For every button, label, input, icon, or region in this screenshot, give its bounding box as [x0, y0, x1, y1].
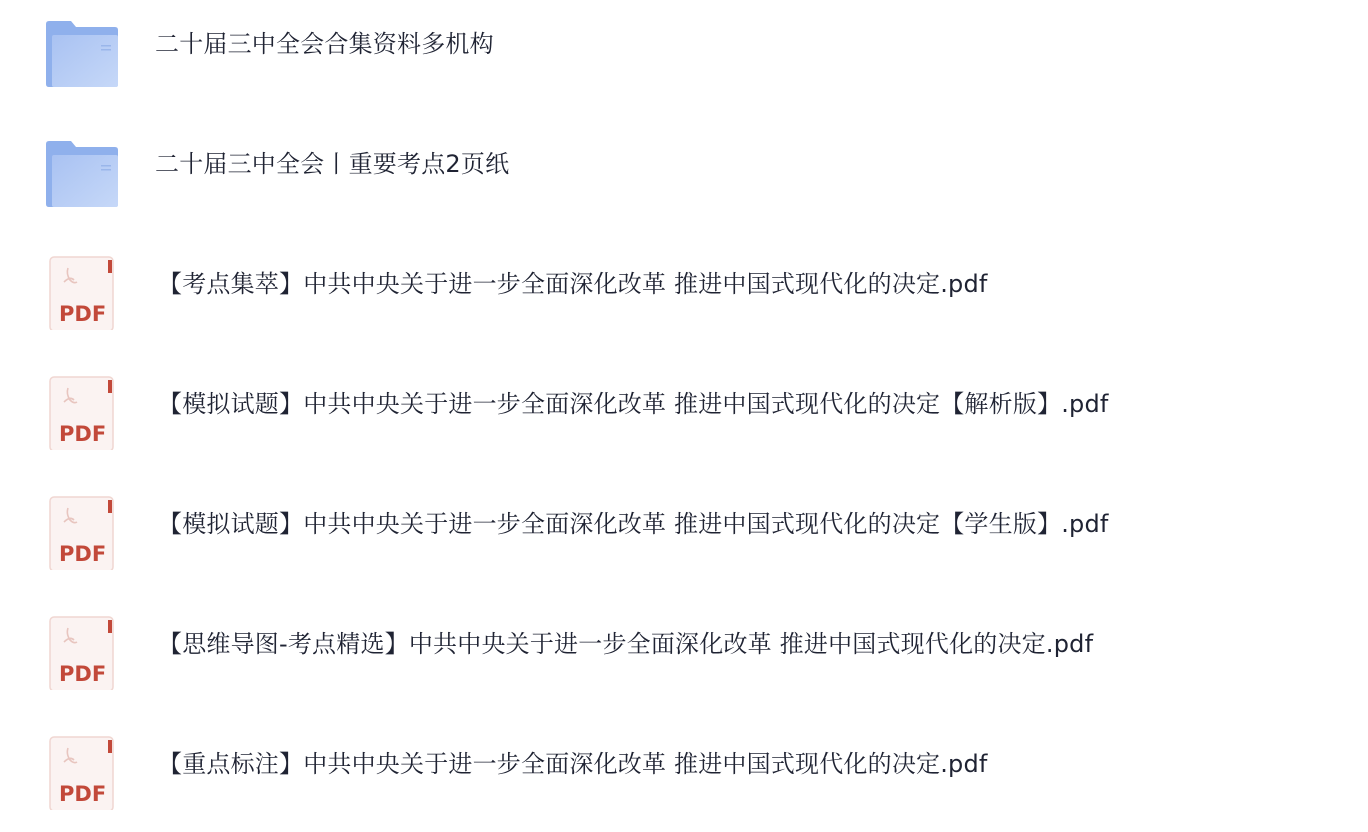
file-list-item-pdf[interactable]: PDF 【思维导图-考点精选】中共中央关于进一步全面深化改革 推进中国式现代化的… — [0, 600, 1368, 720]
file-name: 二十届三中全会合集资料多机构 — [155, 28, 494, 60]
file-list: 二十届三中全会合集资料多机构 二十届三中全会丨重要考点2页纸 PDF 【考点集萃… — [0, 0, 1368, 832]
file-name: 【模拟试题】中共中央关于进一步全面深化改革 推进中国式现代化的决定【学生版】.p… — [158, 508, 1109, 540]
pdf-badge: PDF — [59, 302, 106, 326]
pdf-file-icon: PDF — [44, 730, 120, 810]
file-list-item-pdf[interactable]: PDF 【重点标注】中共中央关于进一步全面深化改革 推进中国式现代化的决定.pd… — [0, 720, 1368, 832]
pdf-file-icon: PDF — [44, 370, 120, 450]
pdf-file-icon: PDF — [44, 490, 120, 570]
file-list-item-folder[interactable]: 二十届三中全会合集资料多机构 — [0, 0, 1368, 120]
file-name: 【重点标注】中共中央关于进一步全面深化改革 推进中国式现代化的决定.pdf — [158, 748, 988, 780]
pdf-badge: PDF — [59, 782, 106, 806]
file-list-item-pdf[interactable]: PDF 【模拟试题】中共中央关于进一步全面深化改革 推进中国式现代化的决定【学生… — [0, 480, 1368, 600]
pdf-file-icon: PDF — [44, 250, 120, 330]
file-name: 【模拟试题】中共中央关于进一步全面深化改革 推进中国式现代化的决定【解析版】.p… — [158, 388, 1109, 420]
file-name: 【思维导图-考点精选】中共中央关于进一步全面深化改革 推进中国式现代化的决定.p… — [158, 628, 1093, 660]
file-name: 【考点集萃】中共中央关于进一步全面深化改革 推进中国式现代化的决定.pdf — [158, 268, 988, 300]
file-list-item-pdf[interactable]: PDF 【考点集萃】中共中央关于进一步全面深化改革 推进中国式现代化的决定.pd… — [0, 240, 1368, 360]
pdf-badge: PDF — [59, 662, 106, 686]
pdf-badge: PDF — [59, 542, 106, 566]
file-list-item-pdf[interactable]: PDF 【模拟试题】中共中央关于进一步全面深化改革 推进中国式现代化的决定【解析… — [0, 360, 1368, 480]
file-list-item-folder[interactable]: 二十届三中全会丨重要考点2页纸 — [0, 120, 1368, 240]
folder-icon — [44, 130, 120, 210]
file-name: 二十届三中全会丨重要考点2页纸 — [155, 148, 509, 180]
pdf-file-icon: PDF — [44, 610, 120, 690]
folder-icon — [44, 10, 120, 90]
pdf-badge: PDF — [59, 422, 106, 446]
